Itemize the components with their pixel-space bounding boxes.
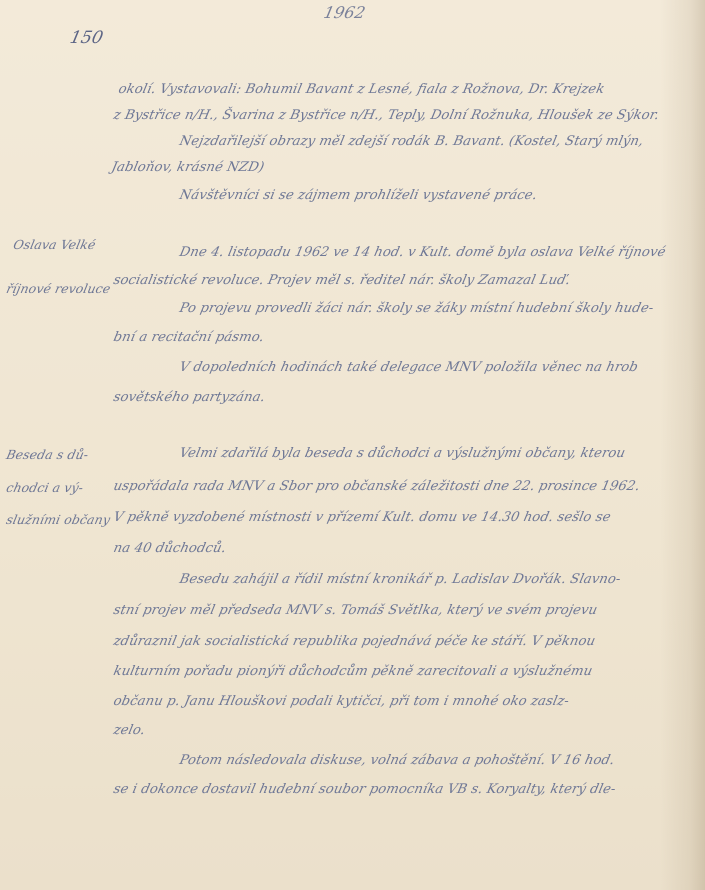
text-line: bní a recitační pásmo.	[112, 330, 265, 345]
text-line: občanu p. Janu Hlouškovi podali kytičci,…	[112, 694, 570, 709]
text-line: kulturním pořadu pionýři důchodcům pěkně…	[112, 664, 594, 679]
text-line: Potom následovala diskuse, volná zábava …	[178, 753, 616, 768]
text-line: sovětského partyzána.	[112, 390, 266, 405]
text-line: Nejzdařilejší obrazy měl zdejší rodák B.…	[178, 134, 645, 149]
text-line: V pěkně vyzdobené místnosti v přízemí Ku…	[112, 510, 612, 525]
margin-note: služními občany	[5, 512, 112, 527]
text-line: na 40 důchodců.	[112, 541, 227, 556]
manuscript-page: 1962 150 okolí. Vystavovali: Bohumil Bav…	[0, 0, 705, 890]
text-line: z Bystřice n/H., Švarina z Bystřice n/H.…	[112, 108, 661, 123]
text-line: se i dokonce dostavil hudební soubor pom…	[112, 782, 617, 797]
text-line: Jabloňov, krásné NZD)	[110, 160, 266, 175]
text-line: Dne 4. listopadu 1962 ve 14 hod. v Kult.…	[178, 245, 667, 260]
text-line: Besedu zahájil a řídil místní kronikář p…	[178, 572, 622, 587]
text-line: stní projev měl předseda MNV s. Tomáš Sv…	[112, 603, 599, 618]
text-line: uspořádala rada MNV a Sbor pro občanské …	[112, 479, 641, 494]
margin-note: Beseda s dů-	[5, 447, 90, 462]
text-line: V dopoledních hodinách také delegace MNV…	[178, 360, 639, 375]
text-line: Velmi zdařilá byla beseda s důchodci a v…	[178, 446, 627, 461]
text-line: zelo.	[112, 723, 147, 738]
text-line: Návštěvníci si se zájmem prohlíželi vyst…	[178, 188, 538, 203]
text-line: socialistické revoluce. Projev měl s. ře…	[112, 273, 572, 288]
page-number: 150	[68, 28, 105, 48]
margin-note: Oslava Velké	[12, 237, 97, 252]
text-line: okolí. Vystavovali: Bohumil Bavant z Les…	[117, 82, 606, 97]
text-line: zdůraznil jak socialistická republika po…	[112, 634, 597, 649]
text-line: Po projevu provedli žáci nár. školy se ž…	[178, 301, 655, 316]
page-year: 1962	[322, 3, 367, 22]
margin-note: chodci a vý-	[5, 480, 85, 495]
margin-note: říjnové revoluce	[5, 281, 112, 296]
